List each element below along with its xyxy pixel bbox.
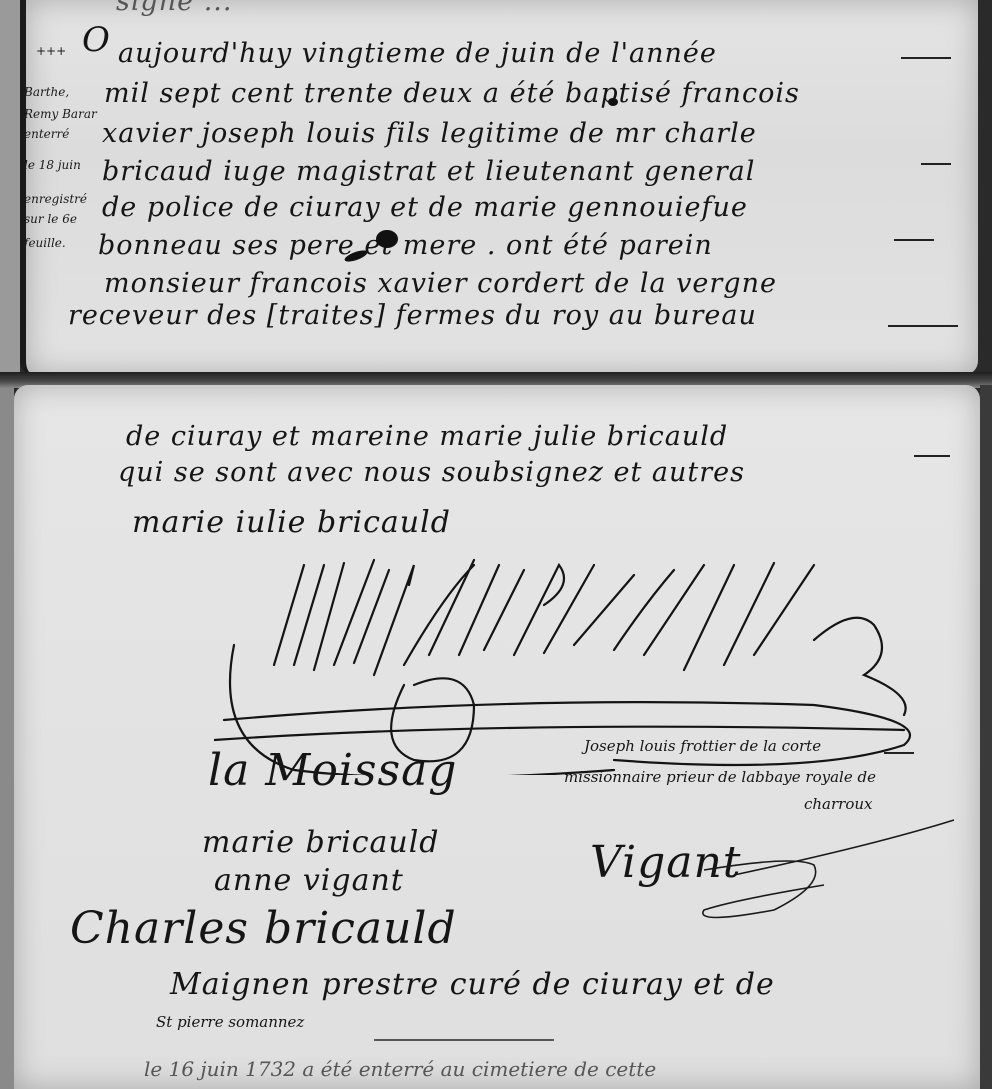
margin-note-line: enterré [24, 127, 69, 141]
margin-note-line: le 18 juin [24, 158, 81, 172]
signature-st-pierre: St pierre somannez [156, 1013, 304, 1031]
next-entry-fragment: le 16 juin 1732 a été enterré au cimetie… [144, 1057, 656, 1081]
margin-note-line: Barthe, [24, 85, 69, 99]
text-line-3: xavier joseph louis fils legitime de mr … [102, 118, 757, 149]
ink-blot [376, 230, 398, 248]
margin-note-line: Remy Barar [24, 107, 97, 121]
text-line-6: bonneau ses pere et mere . ont été parei… [98, 230, 713, 261]
register-page-bottom: de ciuray et mareine marie julie bricaul… [14, 385, 980, 1089]
margin-note-line: enregistré [24, 192, 87, 206]
separator-line [374, 1039, 554, 1041]
text-line-10: qui se sont avec nous soubsignez et autr… [118, 457, 745, 488]
margin-note-line: sur le 6e [24, 212, 77, 226]
scan-right-edge [980, 385, 992, 1089]
text-line-1: aujourd'huy vingtieme de juin de l'année [118, 38, 717, 69]
margin-note-line: feuille. [24, 236, 66, 250]
flourished-signature [214, 545, 934, 775]
text-line-5: de police de ciuray et de marie gennouie… [102, 192, 748, 223]
signature-marie-bricauld: marie bricauld [202, 825, 440, 860]
text-line-8: receveur des [traites] fermes du roy au … [68, 300, 757, 331]
line-end-dash [894, 239, 934, 241]
scan-left-edge [0, 0, 20, 375]
line-end-dash [921, 163, 951, 165]
text-line-4: bricaud iuge magistrat et lieutenant gen… [102, 156, 755, 187]
line-end-dash [888, 325, 958, 327]
signature-maignen-cure: Maignen prestre curé de ciuray et de [170, 967, 775, 1002]
signature-title-prieur: missionnaire prieur de labbaye royale de [564, 768, 876, 786]
entry-marker: O [82, 20, 111, 60]
ink-dot [608, 98, 618, 106]
header-fragment: signé ... [116, 0, 232, 17]
margin-cross-mark: +++ [36, 44, 66, 58]
register-page-top: signé ... O +++ Barthe, Remy Barar enter… [20, 0, 978, 375]
signature-joseph-louis-frottier: Joseph louis frottier de la corte [584, 737, 821, 755]
line-end-dash [884, 752, 914, 754]
text-line-7: monsieur francois xavier cordert de la v… [104, 268, 777, 299]
signature-la-moissag: la Moissag [208, 745, 457, 796]
signature-marie-julie-bricauld: marie iulie bricauld [132, 505, 451, 540]
signature-title-charroux: charroux [804, 795, 873, 813]
vigant-flourish [674, 815, 974, 925]
line-end-dash [901, 57, 951, 59]
signature-charles-bricauld: Charles bricauld [70, 903, 457, 954]
text-line-9: de ciuray et mareine marie julie bricaul… [126, 421, 728, 452]
scan-left-edge-bottom [0, 385, 14, 1089]
line-end-dash [914, 455, 950, 457]
text-line-2: mil sept cent trente deux a été baptisé … [104, 78, 800, 109]
signature-anne-vigant: anne vigant [214, 863, 404, 898]
